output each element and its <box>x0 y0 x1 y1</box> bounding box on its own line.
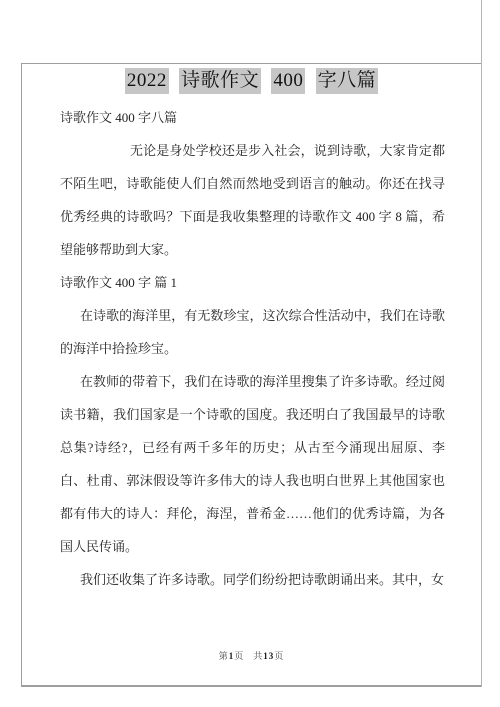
page-footer: 第1页共13页 <box>22 649 481 662</box>
title-segment: 诗歌作文 <box>179 68 261 94</box>
intro-label: 诗歌作文 400 字八篇 <box>60 101 445 134</box>
document-title: 2022 诗歌作文 400 字八篇 <box>22 68 481 94</box>
footer-page-label: 第 <box>219 651 229 661</box>
footer-page-unit: 页 <box>234 651 244 661</box>
intro-paragraph: 无论是身处学校还是步入社会，说到诗歌，大家肯定都不陌生吧，诗歌能使人们自然而然地… <box>60 134 445 266</box>
footer-total-number: 13 <box>263 651 274 661</box>
page-right-edge-line <box>481 0 482 687</box>
title-segment: 2022 <box>125 68 169 94</box>
paragraph: 在诗歌的海洋里，有无数珍宝，这次综合性活动中，我们在诗歌的海洋中拾捡珍宝。 <box>60 299 445 365</box>
title-segment: 字八篇 <box>316 68 379 94</box>
screenshot-canvas: { "page": { "title_segments": ["2022", "… <box>0 0 500 707</box>
footer-total-label: 共 <box>253 651 263 661</box>
section-heading: 诗歌作文 400 字 篇 1 <box>60 266 445 299</box>
document-body: 诗歌作文 400 字八篇 无论是身处学校还是步入社会，说到诗歌，大家肯定都不陌生… <box>60 101 445 596</box>
footer-total-unit: 页 <box>274 651 284 661</box>
paragraph: 我们还收集了许多诗歌。同学们纷纷把诗歌朗诵出来。其中，女 <box>60 563 445 596</box>
title-segment: 400 <box>271 68 305 94</box>
document-page: 2022 诗歌作文 400 字八篇 诗歌作文 400 字八篇 无论是身处学校还是… <box>21 63 481 687</box>
paragraph: 在教师的带着下，我们在诗歌的海洋里搜集了许多诗歌。经过阅读书籍，我们国家是一个诗… <box>60 365 445 563</box>
